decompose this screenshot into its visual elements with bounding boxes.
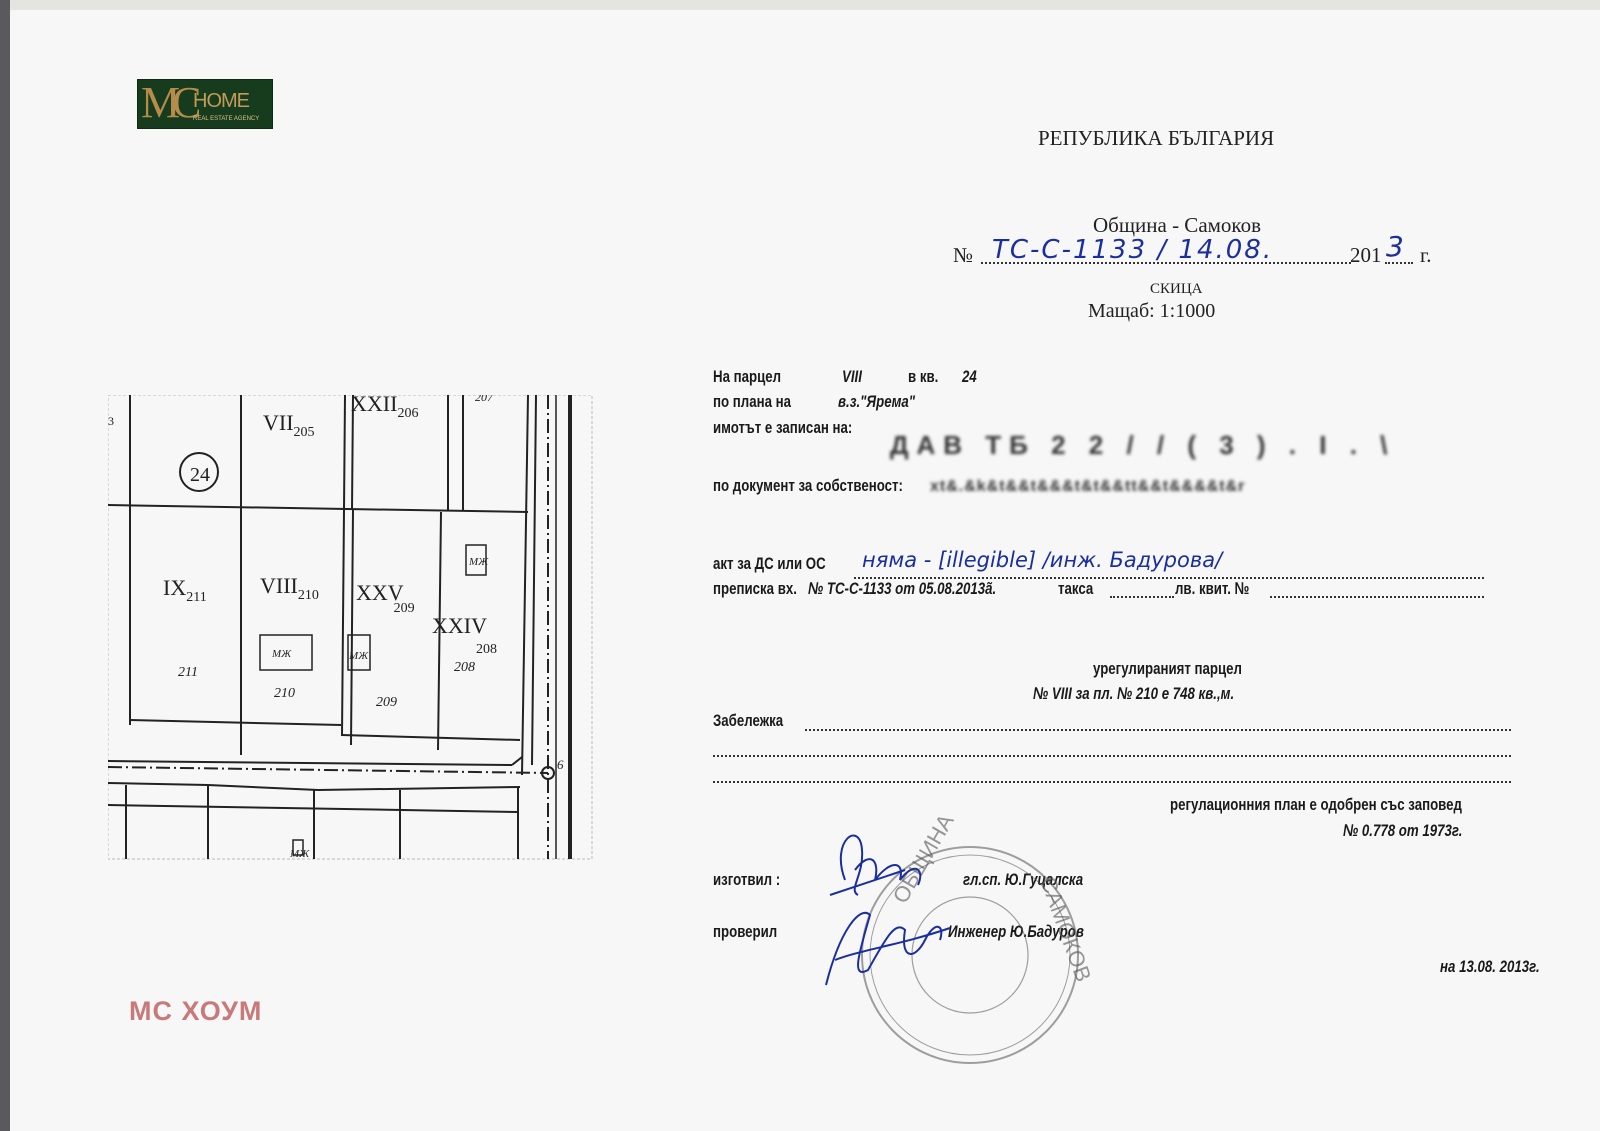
checked-label: проверил [713, 922, 777, 942]
logo-tagline: REAL ESTATE AGENCY [193, 116, 259, 123]
block-number: 24 [190, 464, 210, 486]
checked-by: Инженер Ю.Бадуров [948, 922, 1084, 942]
owner-redacted: ДАВ ТБ 2 2 / / ( 3 ) . I . \ [890, 430, 1395, 461]
fee-unit: лв. квит. № [1175, 579, 1249, 599]
owner-label: имотът е записан на: [713, 418, 852, 438]
document-label: по документ за собственост: [713, 476, 903, 496]
note-dotline-1 [805, 729, 1511, 731]
year-prefix: 201 [1350, 243, 1382, 268]
prepared-label: изготвил : [713, 870, 780, 890]
note-label: Забележка [713, 711, 783, 731]
plan-value: в.з."Ярема" [838, 392, 915, 412]
plot-207: 207 [475, 395, 494, 404]
plot-number-208: 208 [454, 660, 475, 675]
note-dotline-3 [713, 781, 1511, 783]
country-title: РЕПУБЛИКА БЪЛГАРИЯ [1038, 126, 1274, 151]
file-value: № ТС-С-1133 от 05.08.2013ã. [808, 579, 996, 599]
year-handwritten: 3 [1386, 230, 1404, 263]
parcel-label: На парцел [713, 367, 781, 387]
plot-number-210: 210 [274, 686, 295, 701]
block-value: 24 [962, 367, 977, 387]
logo-mark: MC [141, 81, 193, 125]
fee-label: такса [1058, 579, 1093, 599]
point-label: 6 [557, 757, 564, 772]
parcel-xxiv-plot: 208 [476, 642, 497, 657]
agency-logo: MC HOME REAL ESTATE AGENCY [137, 79, 273, 129]
document-redacted: xt&.&k&t&&t&&&t&t&&tt&&t&&&&t&r [930, 478, 1245, 496]
act-label: акт за ДС или ОС [713, 554, 826, 574]
scan-edge-left [0, 0, 10, 1131]
building-label: МЖ [468, 556, 489, 568]
approval-text: регулационния план е одобрен със заповед [1170, 795, 1462, 815]
approval-order: № 0.778 от 1973г. [1343, 821, 1462, 841]
file-label: преписка вх. [713, 579, 797, 599]
scale: Мащаб: 1:1000 [1088, 300, 1215, 323]
plot-number-211: 211 [178, 665, 198, 680]
year-dotline [1385, 262, 1413, 264]
number-prefix: № [953, 243, 973, 268]
cadastral-sketch-map: 24 3 VII205 XXII206 207 IX211 VIII210 XX… [108, 395, 593, 860]
parcel-xxiv: XXIV [432, 613, 487, 638]
scan-edge-top [0, 0, 1600, 10]
note-dotline-2 [713, 755, 1511, 757]
block-label: в кв. [908, 367, 938, 387]
logo-name: HOME [193, 90, 249, 112]
regulated-title: урегулираният парцел [1093, 659, 1242, 679]
fee-dotline [1110, 596, 1174, 598]
watermark: МС ХОУМ [129, 996, 262, 1027]
building-label: МЖ [289, 848, 310, 860]
building-label: МЖ [348, 650, 369, 662]
plan-label: по плана на [713, 392, 791, 412]
number-handwritten: ТС-С-1133 / 14.08. [992, 235, 1273, 265]
act-handwritten: няма - [illegible] /инж. Бадурова/ [862, 548, 1222, 572]
plot-number-209: 209 [376, 695, 397, 710]
issue-date: на 13.08. 2013г. [1440, 957, 1540, 977]
regulated-line: № VIII за пл. № 210 е 748 кв.,м. [1033, 684, 1234, 704]
receipt-dotline [1270, 596, 1484, 598]
prepared-by: гл.сп. Ю.Гуцалска [963, 870, 1083, 890]
document-type: скица [1150, 281, 1203, 298]
building-label: МЖ [271, 648, 292, 660]
edge-label: 3 [108, 414, 114, 428]
year-unit: г. [1420, 243, 1432, 268]
parcel-value: VIII [842, 367, 862, 387]
